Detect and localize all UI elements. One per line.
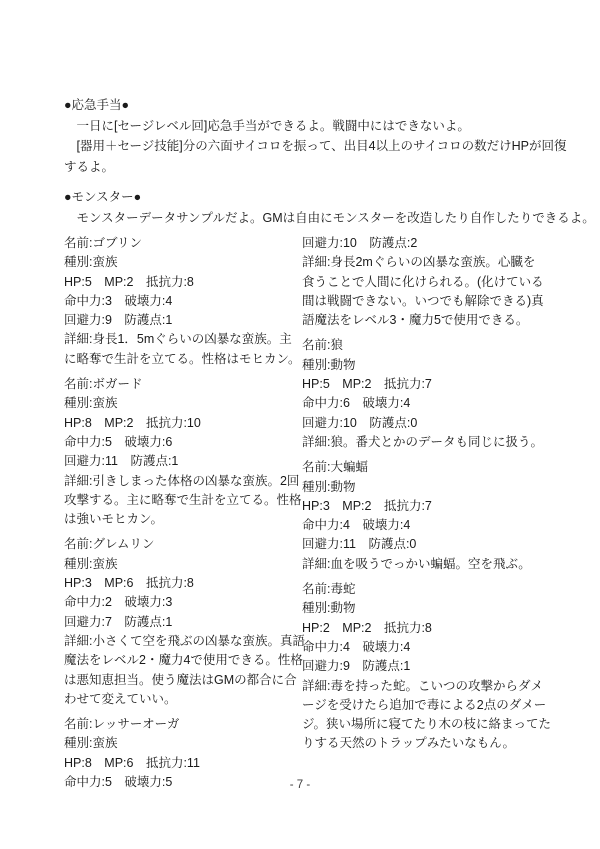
monster-line: は悪知恵担当。使う魔法はGMの都合に合	[64, 671, 302, 690]
paragraph-line: [器用＋セージ技能]分の六面サイコロを振って、出目4以上のサイコロの数だけHPが…	[64, 136, 567, 157]
monster-line: HP:3 MP:6 抵抗力:8	[64, 574, 302, 593]
monster-line: 食うことで人間に化けられる。(化けている	[302, 273, 540, 292]
monster-line: 回避力:10 防護点:2	[302, 234, 540, 253]
monster-line: 名前:狼	[302, 336, 540, 355]
paragraph-line: 一日に[セージレベル回]応急手当ができるよ。戦闘中にはできないよ。	[64, 116, 567, 137]
section-heading-first-aid: ●応急手当●	[64, 95, 567, 116]
monster-line: 回避力:11 防護点:0	[302, 535, 540, 554]
monster-block: 名前:ボガード種別:蛮族HP:8 MP:2 抵抗力:10命中力:5 破壊力:6回…	[64, 375, 302, 529]
monster-line: HP:8 MP:6 抵抗力:11	[64, 754, 302, 773]
paragraph-line: するよ。	[64, 157, 567, 178]
monster-line: に略奪で生計を立てる。性格はモヒカン。	[64, 350, 302, 369]
monster-line: りする天然のトラップみたいなもん。	[302, 734, 540, 753]
monster-line: 名前:グレムリン	[64, 535, 302, 554]
monster-line: 種別:動物	[302, 599, 540, 618]
monster-line: 回避力:9 防護点:1	[302, 657, 540, 676]
monster-line: 攻撃する。主に略奪で生計を立てる。性格	[64, 491, 302, 510]
monster-line: 命中力:3 破壊力:4	[64, 292, 302, 311]
monster-block: 名前:毒蛇種別:動物HP:2 MP:2 抵抗力:8命中力:4 破壊力:4回避力:…	[302, 580, 540, 754]
monster-line: 回避力:7 防護点:1	[64, 613, 302, 632]
monster-line: 詳細:狼。番犬とかのデータも同じに扱う。	[302, 433, 540, 452]
monster-block: 名前:ゴブリン種別:蛮族HP:5 MP:2 抵抗力:8命中力:3 破壊力:4回避…	[64, 234, 302, 369]
monster-line: 回避力:9 防護点:1	[64, 311, 302, 330]
monster-column-left: 名前:ゴブリン種別:蛮族HP:5 MP:2 抵抗力:8命中力:3 破壊力:4回避…	[64, 234, 302, 798]
monster-line: 詳細:小さくて空を飛ぶの凶暴な蛮族。真語	[64, 632, 302, 651]
monster-line: わせて変えていい。	[64, 690, 302, 709]
monster-line: 種別:動物	[302, 478, 540, 497]
monster-line: 命中力:4 破壊力:4	[302, 516, 540, 535]
monster-line: ジ。狭い場所に寝てたり木の枝に絡まってた	[302, 715, 540, 734]
monster-line: 魔法をレベル2・魔力4で使用できる。性格	[64, 651, 302, 670]
monster-line: HP:5 MP:2 抵抗力:7	[302, 375, 540, 394]
section-heading-monster: ●モンスター●	[64, 187, 595, 208]
monster-line: HP:3 MP:2 抵抗力:7	[302, 497, 540, 516]
monster-block: 名前:狼種別:動物HP:5 MP:2 抵抗力:7命中力:6 破壊力:4回避力:1…	[302, 336, 540, 452]
monster-column-right: 回避力:10 防護点:2詳細:身長2mぐらいの凶暴な蛮族。心臓を食うことで人間に…	[302, 234, 540, 760]
monster-line: 名前:大蝙蝠	[302, 458, 540, 477]
monster-block: 名前:グレムリン種別:蛮族HP:3 MP:6 抵抗力:8命中力:2 破壊力:3回…	[64, 535, 302, 709]
monster-line: 命中力:4 破壊力:4	[302, 638, 540, 657]
monster-line: 命中力:6 破壊力:4	[302, 394, 540, 413]
monster-line: 名前:ゴブリン	[64, 234, 302, 253]
monster-line: 回避力:10 防護点:0	[302, 414, 540, 433]
monster-line: 名前:ボガード	[64, 375, 302, 394]
monster-line: 種別:蛮族	[64, 253, 302, 272]
section-first-aid: ●応急手当● 一日に[セージレベル回]応急手当ができるよ。戦闘中にはできないよ。…	[64, 95, 567, 177]
monster-line: HP:8 MP:2 抵抗力:10	[64, 414, 302, 433]
monster-line: 種別:蛮族	[64, 394, 302, 413]
document-page: ●応急手当● 一日に[セージレベル回]応急手当ができるよ。戦闘中にはできないよ。…	[0, 0, 600, 849]
monster-line: 詳細:毒を持った蛇。こいつの攻撃からダメ	[302, 677, 540, 696]
monster-block: 回避力:10 防護点:2詳細:身長2mぐらいの凶暴な蛮族。心臓を食うことで人間に…	[302, 234, 540, 330]
monster-line: 命中力:5 破壊力:6	[64, 433, 302, 452]
monster-line: 回避力:11 防護点:1	[64, 452, 302, 471]
paragraph-line: モンスターデータサンプルだよ。GMは自由にモンスターを改造したり自作したりできる…	[64, 208, 595, 229]
monster-block: 名前:大蝙蝠種別:動物HP:3 MP:2 抵抗力:7命中力:4 破壊力:4回避力…	[302, 458, 540, 574]
monster-line: ージを受けたら追加で毒による2点のダメー	[302, 696, 540, 715]
page-number: - 7 -	[0, 779, 600, 791]
monster-line: 詳細:身長1．5mぐらいの凶暴な蛮族。主	[64, 330, 302, 349]
monster-line: 種別:動物	[302, 356, 540, 375]
monster-line: 名前:毒蛇	[302, 580, 540, 599]
monster-line: HP:5 MP:2 抵抗力:8	[64, 273, 302, 292]
monster-line: 語魔法をレベル3・魔力5で使用できる。	[302, 311, 540, 330]
monster-line: 間は戦闘できない。いつでも解除できる)真	[302, 292, 540, 311]
section-monster: ●モンスター● モンスターデータサンプルだよ。GMは自由にモンスターを改造したり…	[64, 187, 595, 228]
monster-line: 詳細:身長2mぐらいの凶暴な蛮族。心臓を	[302, 253, 540, 272]
monster-line: 種別:蛮族	[64, 734, 302, 753]
monster-line: 詳細:血を吸うでっかい蝙蝠。空を飛ぶ。	[302, 555, 540, 574]
monster-line: は強いモヒカン。	[64, 510, 302, 529]
monster-line: 命中力:2 破壊力:3	[64, 593, 302, 612]
monster-line: 詳細:引きしまった体格の凶暴な蛮族。2回	[64, 472, 302, 491]
monster-line: 種別:蛮族	[64, 555, 302, 574]
monster-line: HP:2 MP:2 抵抗力:8	[302, 619, 540, 638]
monster-line: 名前:レッサーオーガ	[64, 715, 302, 734]
